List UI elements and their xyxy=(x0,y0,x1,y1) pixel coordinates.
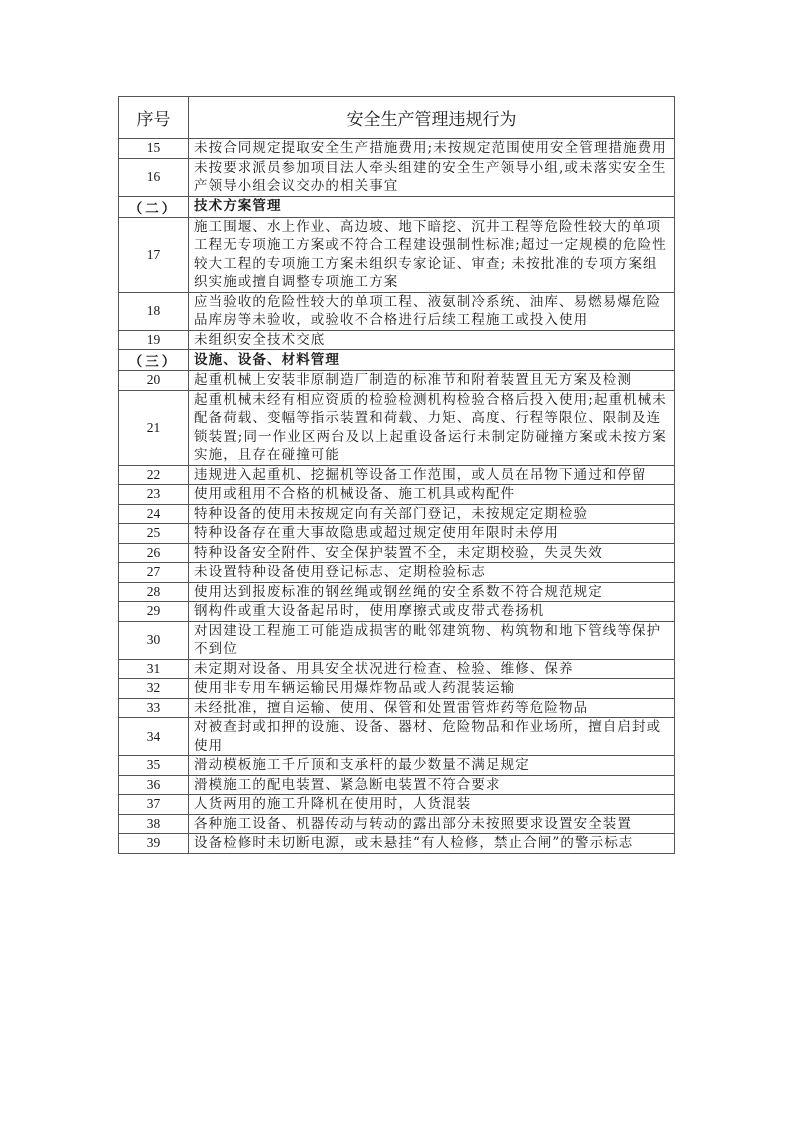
violation-text: 设备检修时未切断电源，或未悬挂“有人检修，禁止合闸”的警示标志 xyxy=(189,834,675,854)
row-number: 23 xyxy=(119,485,189,505)
row-number: 34 xyxy=(119,718,189,756)
table-body: 15未按合同规定提取安全生产措施费用;未按规定范围使用安全管理措施费用16未按要… xyxy=(119,139,675,854)
violation-text: 特种设备存在重大事故隐患或超过规定使用年限时未停用 xyxy=(189,524,675,544)
table-row: 17施工围堰、水上作业、高边坡、地下暗挖、沉井工程等危险性较大的单项工程无专项施… xyxy=(119,217,675,292)
row-number: 26 xyxy=(119,543,189,563)
table-row: 36滑模施工的配电装置、紧急断电装置不符合要求 xyxy=(119,775,675,795)
row-number: 32 xyxy=(119,679,189,699)
header-content: 安全生产管理违规行为 xyxy=(189,97,675,139)
section-number: （三） xyxy=(119,350,189,371)
table-row: 38各种施工设备、机器传动与转动的露出部分未按照要求设置安全装置 xyxy=(119,814,675,834)
section-row: （三）设施、设备、材料管理 xyxy=(119,350,675,371)
violation-text: 起重机械未经有相应资质的检验检测机构检验合格后投入使用;起重机械未配备荷载、变幅… xyxy=(189,390,675,465)
violations-table: 序号 安全生产管理违规行为 15未按合同规定提取安全生产措施费用;未按规定范围使… xyxy=(118,96,675,854)
table-row: 33未经批准，擅自运输、使用、保管和处置雷管炸药等危险物品 xyxy=(119,698,675,718)
table-row: 20起重机械上安装非原制造厂制造的标准节和附着装置且无方案及检测 xyxy=(119,371,675,391)
violation-text: 滑动模板施工千斤顶和支承杆的最少数量不满足规定 xyxy=(189,756,675,776)
row-number: 29 xyxy=(119,602,189,622)
row-number: 15 xyxy=(119,139,189,159)
violation-text: 未组织安全技术交底 xyxy=(189,330,675,350)
table-row: 22违规进入起重机、挖掘机等设备工作范围，或人员在吊物下通过和停留 xyxy=(119,465,675,485)
violation-text: 对因建设工程施工可能造成损害的毗邻建筑物、构筑物和地下管线等保护不到位 xyxy=(189,621,675,659)
row-number: 33 xyxy=(119,698,189,718)
violation-text: 未按合同规定提取安全生产措施费用;未按规定范围使用安全管理措施费用 xyxy=(189,139,675,159)
violation-text: 应当验收的危险性较大的单项工程、液氨制冷系统、油库、易燃易爆危险品库房等未验收，… xyxy=(189,292,675,330)
row-number: 25 xyxy=(119,524,189,544)
table-row: 35滑动模板施工千斤顶和支承杆的最少数量不满足规定 xyxy=(119,756,675,776)
section-number: （二） xyxy=(119,196,189,217)
row-number: 22 xyxy=(119,465,189,485)
violation-text: 施工围堰、水上作业、高边坡、地下暗挖、沉井工程等危险性较大的单项工程无专项施工方… xyxy=(189,217,675,292)
row-number: 18 xyxy=(119,292,189,330)
table-row: 25特种设备存在重大事故隐患或超过规定使用年限时未停用 xyxy=(119,524,675,544)
table-row: 26特种设备安全附件、安全保护装置不全，未定期校验，失灵失效 xyxy=(119,543,675,563)
violation-text: 未定期对设备、用具安全状况进行检查、检验、维修、保养 xyxy=(189,659,675,679)
violation-text: 各种施工设备、机器传动与转动的露出部分未按照要求设置安全装置 xyxy=(189,814,675,834)
table-row: 19未组织安全技术交底 xyxy=(119,330,675,350)
section-title: 设施、设备、材料管理 xyxy=(189,350,675,371)
row-number: 28 xyxy=(119,582,189,602)
violation-text: 特种设备安全附件、安全保护装置不全，未定期校验，失灵失效 xyxy=(189,543,675,563)
table-row: 15未按合同规定提取安全生产措施费用;未按规定范围使用安全管理措施费用 xyxy=(119,139,675,159)
section-row: （二）技术方案管理 xyxy=(119,196,675,217)
table-row: 30对因建设工程施工可能造成损害的毗邻建筑物、构筑物和地下管线等保护不到位 xyxy=(119,621,675,659)
row-number: 20 xyxy=(119,371,189,391)
table-row: 28使用达到报废标准的钢丝绳或钢丝绳的安全系数不符合规范规定 xyxy=(119,582,675,602)
violation-text: 特种设备的使用未按规定向有关部门登记，未按规定定期检验 xyxy=(189,504,675,524)
violation-text: 对被查封或扣押的设施、设备、器材、危险物品和作业场所，擅自启封或使用 xyxy=(189,718,675,756)
header-index: 序号 xyxy=(119,97,189,139)
violation-text: 未设置特种设备使用登记标志、定期检验标志 xyxy=(189,563,675,583)
table-row: 27未设置特种设备使用登记标志、定期检验标志 xyxy=(119,563,675,583)
row-number: 36 xyxy=(119,775,189,795)
row-number: 21 xyxy=(119,390,189,465)
row-number: 19 xyxy=(119,330,189,350)
violation-text: 违规进入起重机、挖掘机等设备工作范围，或人员在吊物下通过和停留 xyxy=(189,465,675,485)
row-number: 31 xyxy=(119,659,189,679)
table-row: 24特种设备的使用未按规定向有关部门登记，未按规定定期检验 xyxy=(119,504,675,524)
table-row: 18应当验收的危险性较大的单项工程、液氨制冷系统、油库、易燃易爆危险品库房等未验… xyxy=(119,292,675,330)
table-row: 32使用非专用车辆运输民用爆炸物品或人药混装运输 xyxy=(119,679,675,699)
section-title: 技术方案管理 xyxy=(189,196,675,217)
row-number: 24 xyxy=(119,504,189,524)
table-row: 31未定期对设备、用具安全状况进行检查、检验、维修、保养 xyxy=(119,659,675,679)
violation-text: 钢构件或重大设备起吊时，使用摩擦式或皮带式卷扬机 xyxy=(189,602,675,622)
row-number: 37 xyxy=(119,795,189,815)
row-number: 39 xyxy=(119,834,189,854)
row-number: 38 xyxy=(119,814,189,834)
row-number: 16 xyxy=(119,158,189,196)
violation-text: 使用或租用不合格的机械设备、施工机具或构配件 xyxy=(189,485,675,505)
table-row: 37人货两用的施工升降机在使用时，人货混装 xyxy=(119,795,675,815)
table-row: 21起重机械未经有相应资质的检验检测机构检验合格后投入使用;起重机械未配备荷载、… xyxy=(119,390,675,465)
violation-text: 起重机械上安装非原制造厂制造的标准节和附着装置且无方案及检测 xyxy=(189,371,675,391)
violation-text: 未经批准，擅自运输、使用、保管和处置雷管炸药等危险物品 xyxy=(189,698,675,718)
violation-text: 人货两用的施工升降机在使用时，人货混装 xyxy=(189,795,675,815)
violation-text: 未按要求派员参加项目法人牵头组建的安全生产领导小组,或未落实安全生产领导小组会议… xyxy=(189,158,675,196)
table-row: 34对被查封或扣押的设施、设备、器材、危险物品和作业场所，擅自启封或使用 xyxy=(119,718,675,756)
row-number: 17 xyxy=(119,217,189,292)
table-header-row: 序号 安全生产管理违规行为 xyxy=(119,97,675,139)
violation-text: 使用达到报废标准的钢丝绳或钢丝绳的安全系数不符合规范规定 xyxy=(189,582,675,602)
row-number: 27 xyxy=(119,563,189,583)
violation-text: 滑模施工的配电装置、紧急断电装置不符合要求 xyxy=(189,775,675,795)
table-row: 23使用或租用不合格的机械设备、施工机具或构配件 xyxy=(119,485,675,505)
violation-text: 使用非专用车辆运输民用爆炸物品或人药混装运输 xyxy=(189,679,675,699)
table-row: 16未按要求派员参加项目法人牵头组建的安全生产领导小组,或未落实安全生产领导小组… xyxy=(119,158,675,196)
table-row: 39设备检修时未切断电源，或未悬挂“有人检修，禁止合闸”的警示标志 xyxy=(119,834,675,854)
table-row: 29钢构件或重大设备起吊时，使用摩擦式或皮带式卷扬机 xyxy=(119,602,675,622)
row-number: 30 xyxy=(119,621,189,659)
row-number: 35 xyxy=(119,756,189,776)
